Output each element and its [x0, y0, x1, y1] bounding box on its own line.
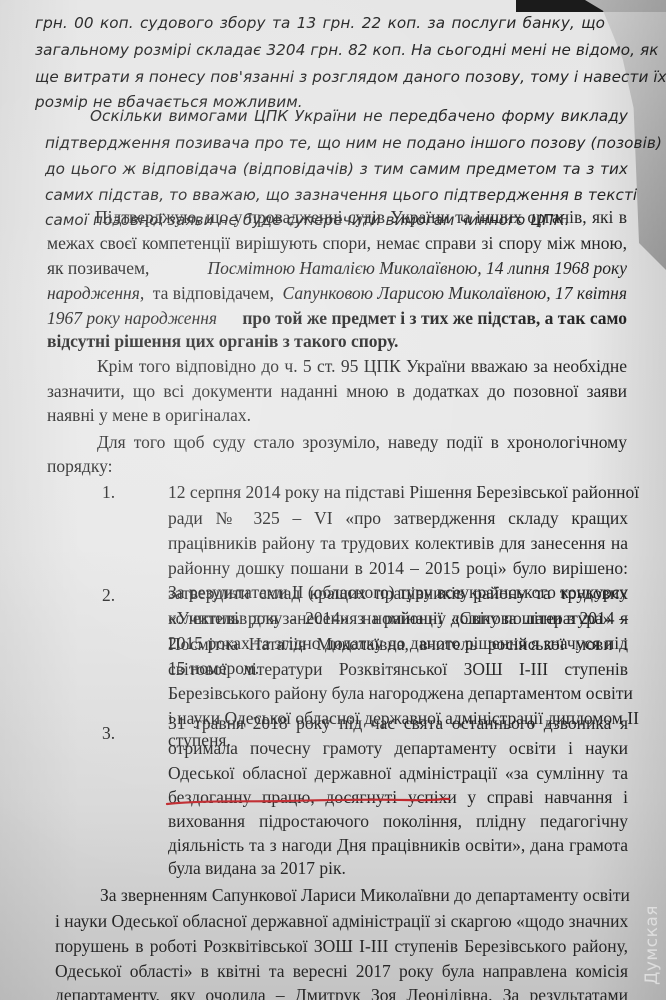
- text-line: Підтверджую, що у провадженні судів Укра…: [95, 206, 627, 229]
- text-line: Березівського району була нагороджена де…: [168, 682, 628, 705]
- text-span: народження,: [47, 282, 144, 305]
- text-line: порушень в роботі Розквітівської ЗОШ I-I…: [55, 935, 628, 958]
- text-line: і науки Одеської обласної державної адмі…: [55, 910, 628, 933]
- text-line: наявні у мене в оригіналах.: [47, 404, 251, 427]
- defendant-name: Сапунковою Ларисою Миколаївною, 17 квітн…: [283, 282, 627, 305]
- list-number: 2.: [102, 584, 115, 607]
- text-line: 1967 року народження про той же предмет …: [47, 307, 627, 330]
- list-number: 1.: [102, 481, 115, 504]
- list-number: 3.: [102, 722, 115, 745]
- text-line: до цього ж відповідача (відповідачів) з …: [45, 158, 628, 181]
- text-line: грн. 00 коп. судового збору та 13 грн. 2…: [35, 12, 605, 35]
- text-span: та відповідачем,: [153, 282, 274, 305]
- text-line: підтвердження позивача про те, що ним не…: [45, 132, 628, 155]
- watermark-logo: Думская: [642, 905, 662, 985]
- text-line: ще витрати я понесу пов'язанні з розгляд…: [35, 66, 620, 89]
- text-line: працівників району та трудових колективі…: [168, 532, 628, 555]
- plaintiff-name: Посмітною Наталією Миколаївною, 14 липня…: [207, 257, 627, 280]
- document-page: грн. 00 коп. судового збору та 13 грн. 2…: [0, 0, 666, 1000]
- text-line: загальному розмірі складає 3204 грн. 82 …: [35, 39, 613, 62]
- text-line: За зверненням Сапункової Лариси Миколаїв…: [100, 884, 628, 907]
- text-line: була видана за 2017 рік.: [168, 857, 346, 880]
- text-line: відсутні рішення цих органів з такого сп…: [47, 330, 398, 353]
- text-line: самих підстав, то вважаю, що зазначення …: [45, 184, 628, 207]
- text-line: як позивачем, Посмітною Наталією Миколаї…: [47, 257, 627, 280]
- text-line: Оскільки вимогами ЦПК України не передба…: [90, 105, 628, 128]
- text-line: діяльність та з нагоди Дня працівників о…: [168, 834, 628, 857]
- text-line: За результатами II (обласного) туру всеу…: [168, 581, 628, 604]
- text-line: Посмітна Наталія Миколаївна, вчитель рос…: [168, 633, 628, 656]
- text-span: як позивачем,: [47, 257, 149, 280]
- text-line: Крім того відповідно до ч. 5 ст. 95 ЦПК …: [97, 355, 627, 378]
- text-line: 12 серпня 2014 року на підставі Рішення …: [168, 481, 628, 504]
- text-line: отримала почесну грамоту департаменту ос…: [168, 737, 628, 760]
- text-line: порядку:: [47, 455, 112, 478]
- text-line: Для того щоб суду стало зрозуміло, навед…: [97, 431, 627, 454]
- text-line: Одеської області» в квітні та вересні 20…: [55, 960, 628, 983]
- text-span: 1967 року народження: [47, 307, 217, 330]
- text-line: 31 травня 2018 року під час свята останн…: [168, 712, 628, 735]
- text-line: Одеської обласної державної адміністраці…: [168, 762, 628, 785]
- text-line: департаменту, яку очолила – Дмитрук Зоя …: [55, 984, 628, 1000]
- text-line: ради № 325 – VI «про затвердження складу…: [168, 507, 628, 530]
- text-line: «Учитель року - 2014» з номінації «Світо…: [168, 607, 628, 630]
- text-span: про той же предмет і з тих же підстав, а…: [242, 307, 627, 330]
- text-line: народження, та відповідачем, Сапунковою …: [47, 282, 627, 305]
- text-line: світової літератури Розквітянської ЗОШ I…: [168, 658, 628, 681]
- text-line: межах своєї компетенції вирішують спори,…: [47, 232, 627, 255]
- text-line: виховання підростаючого покоління, плідн…: [168, 810, 628, 833]
- text-line: зазначити, що всі документи наданні мною…: [47, 380, 627, 403]
- text-line: районну дошку пошани в 2014 – 2015 році»…: [168, 557, 628, 580]
- red-underline-annotation: [165, 797, 451, 807]
